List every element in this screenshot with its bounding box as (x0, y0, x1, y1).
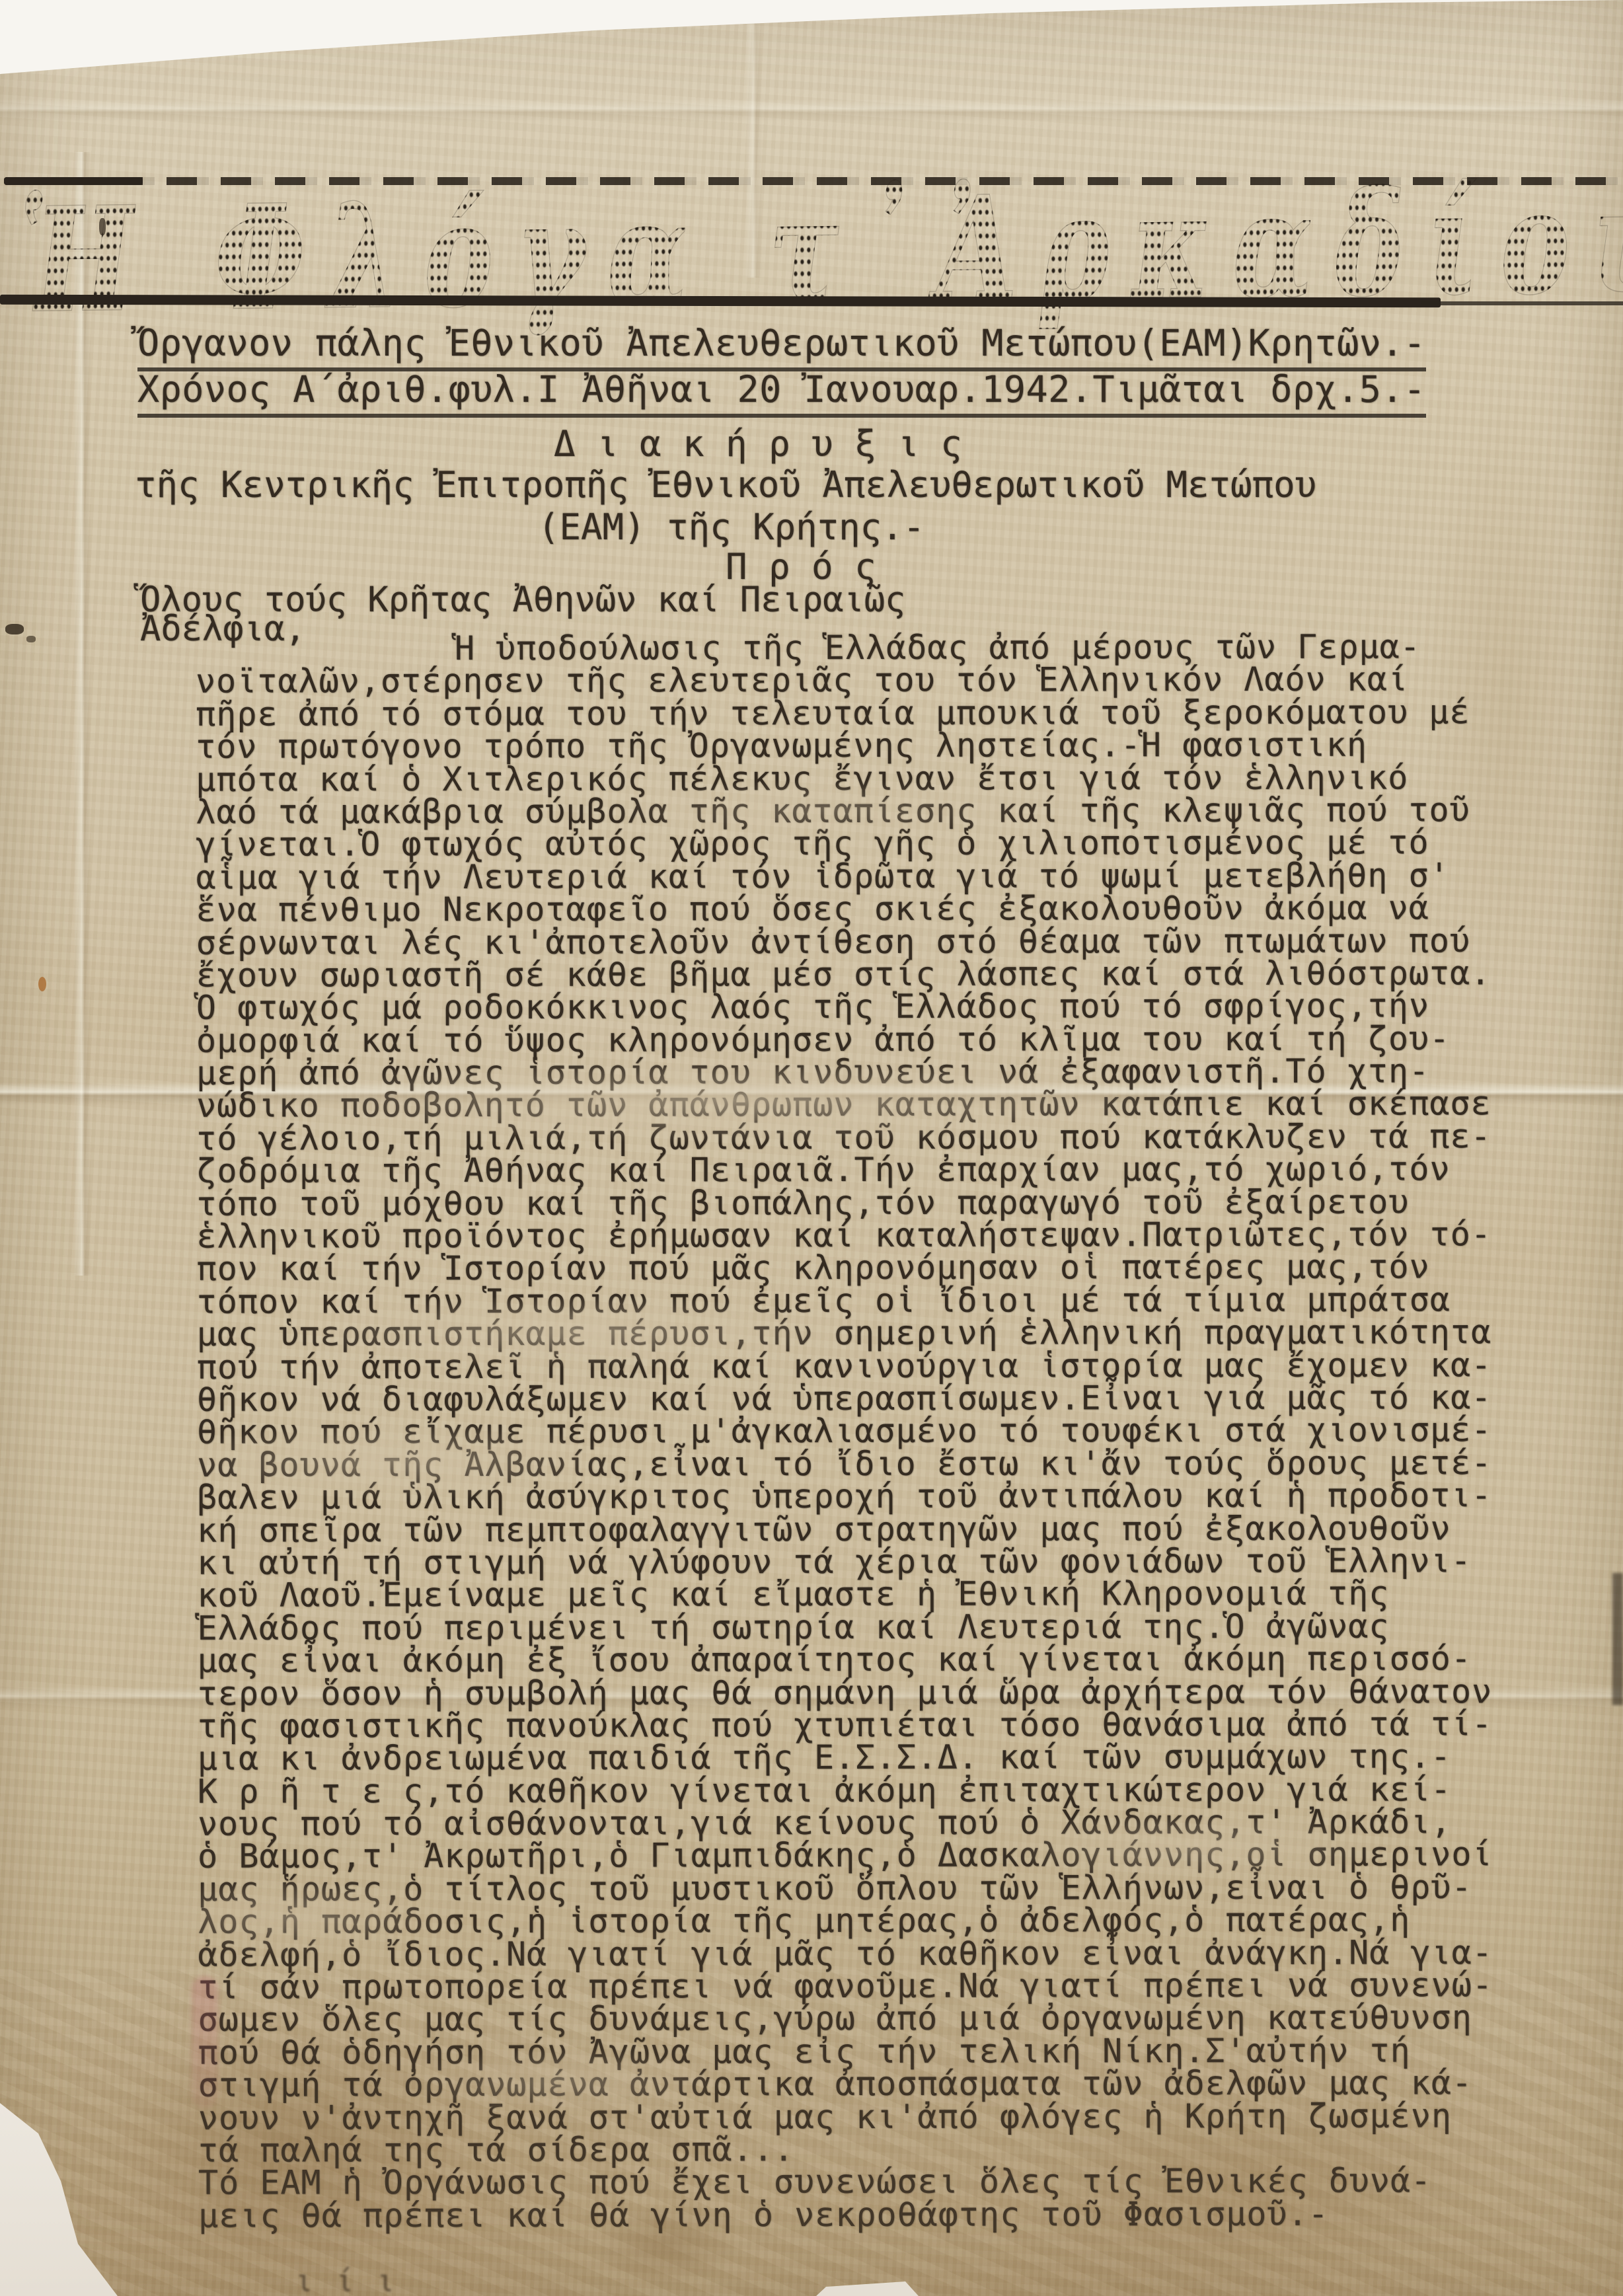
bottom-ink-remnants: ιίι (295, 2263, 417, 2296)
proclamation-eam-line: (ΕΑΜ) τῆς Κρήτης.- (538, 506, 925, 548)
body-line: μεις θά πρέπει καί θά γίνη ὁ νεκροθάφτης… (198, 2198, 1507, 2233)
scanned-document: Ἡ Φλόγα τ᾽Ἀρκαδίου Ὄργανον πάλης Ἐθνικοῦ… (0, 0, 1623, 2296)
body-text: Ἡ ὑποδούλωσις τῆς Ἑλλάδας ἀπό μέρους τῶν… (196, 631, 1507, 2233)
ink-speck (26, 636, 36, 642)
proclamation-committee-line: τῆς Κεντρικῆς Ἐπιτροπῆς Ἐθνικοῦ Ἀπελευθε… (135, 464, 1316, 506)
ink-speck (5, 624, 24, 634)
body-line: νουν ν'ἀντηχῆ ξανά στ'αὐτιά μας κι'ἀπό φ… (198, 2100, 1507, 2135)
issue-line: Χρόνος Α΄ἀριθ.φυλ.Ι Ἀθῆναι 20 Ἰανουαρ.19… (137, 368, 1426, 410)
masthead-bottom-rule-thin (1421, 301, 1623, 305)
edge-ink-smudge (1612, 1573, 1623, 1705)
ink-speck (99, 218, 106, 235)
rust-spot (38, 977, 46, 991)
proclamation-title: Δ ι α κ ή ρ υ ξ ι ς (554, 423, 962, 465)
pink-smudge (192, 1976, 218, 2108)
organ-line: Ὄργανον πάλης Ἐθνικοῦ Ἀπελευθερωτικοῦ Με… (137, 322, 1426, 364)
fold-crease (0, 99, 1623, 122)
